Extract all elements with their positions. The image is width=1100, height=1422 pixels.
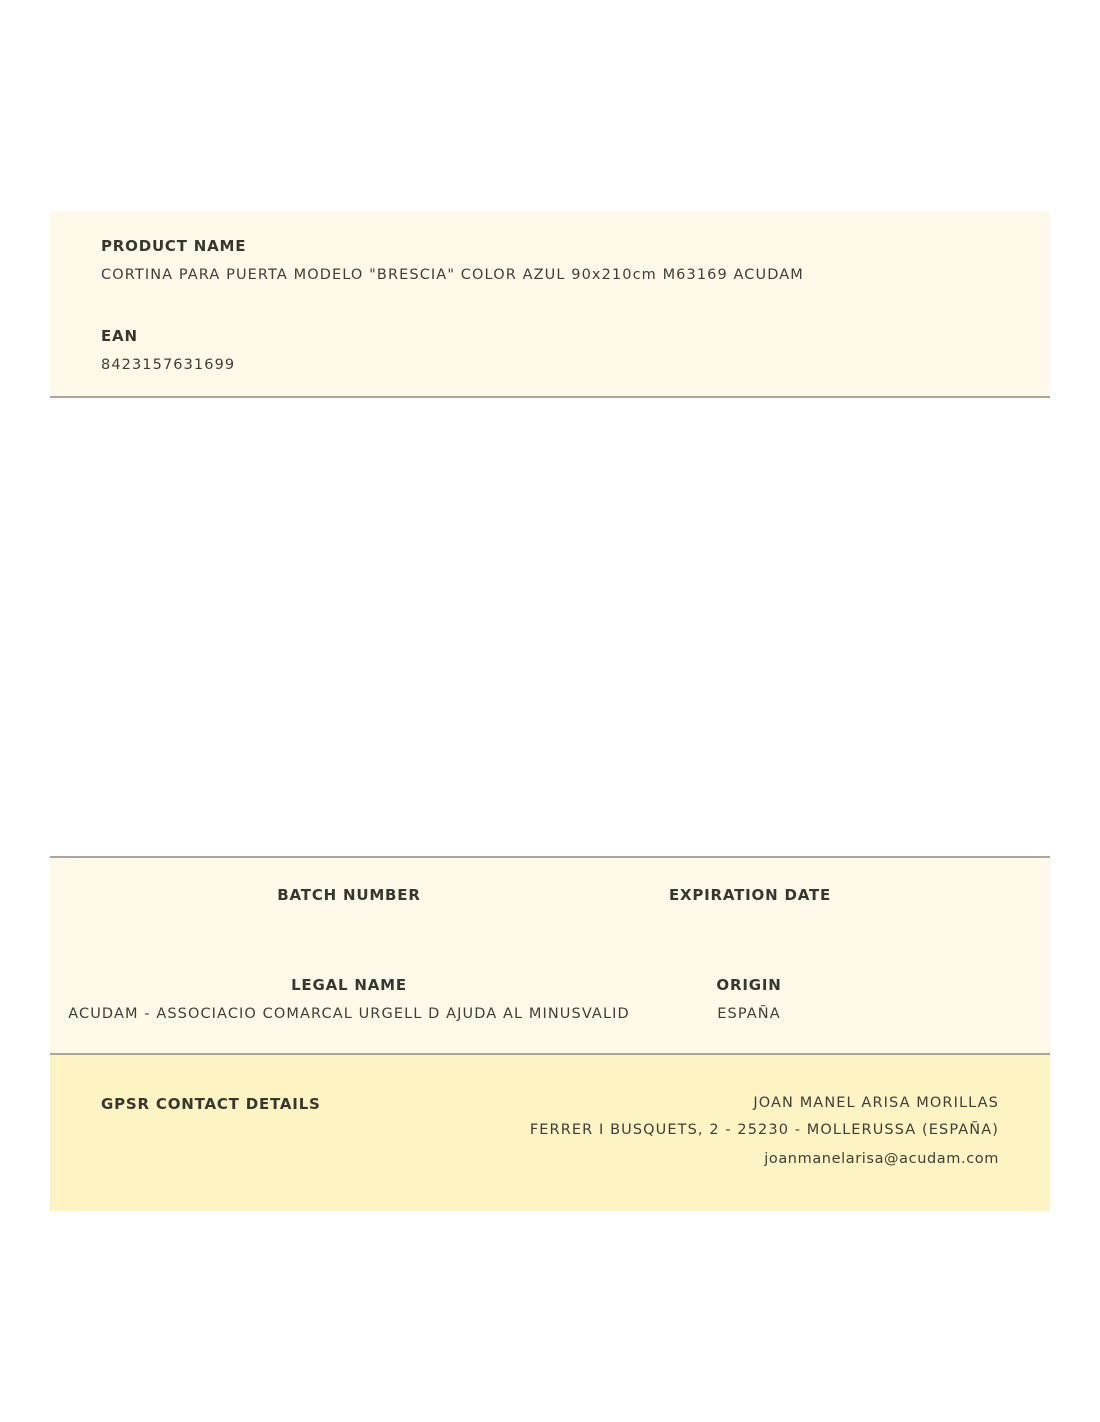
batch-number-label: BATCH NUMBER — [277, 886, 420, 904]
gpsr-contact-name: JOAN MANEL ARISA MORILLAS — [753, 1095, 999, 1111]
expiration-date-label: EXPIRATION DATE — [669, 886, 831, 904]
origin-value: ESPAÑA — [717, 1006, 780, 1022]
gpsr-contact-address: FERRER I BUSQUETS, 2 - 25230 - MOLLERUSS… — [530, 1122, 999, 1138]
product-name-label: PRODUCT NAME — [101, 237, 246, 255]
gpsr-contact-email[interactable]: joanmanelarisa@acudam.com — [764, 1151, 999, 1167]
product-name-value: CORTINA PARA PUERTA MODELO "BRESCIA" COL… — [101, 267, 804, 283]
origin-label: ORIGIN — [716, 976, 781, 994]
legal-name-label: LEGAL NAME — [291, 976, 407, 994]
product-section: PRODUCT NAME CORTINA PARA PUERTA MODELO … — [50, 211, 1050, 398]
details-section: BATCH NUMBER EXPIRATION DATE LEGAL NAME … — [50, 856, 1050, 1055]
gpsr-contact-label: GPSR CONTACT DETAILS — [101, 1095, 321, 1113]
legal-name-value: ACUDAM - ASSOCIACIO COMARCAL URGELL D AJ… — [68, 1006, 630, 1022]
ean-value: 8423157631699 — [101, 357, 235, 373]
ean-label: EAN — [101, 327, 138, 345]
gpsr-section: GPSR CONTACT DETAILS JOAN MANEL ARISA MO… — [50, 1055, 1050, 1211]
